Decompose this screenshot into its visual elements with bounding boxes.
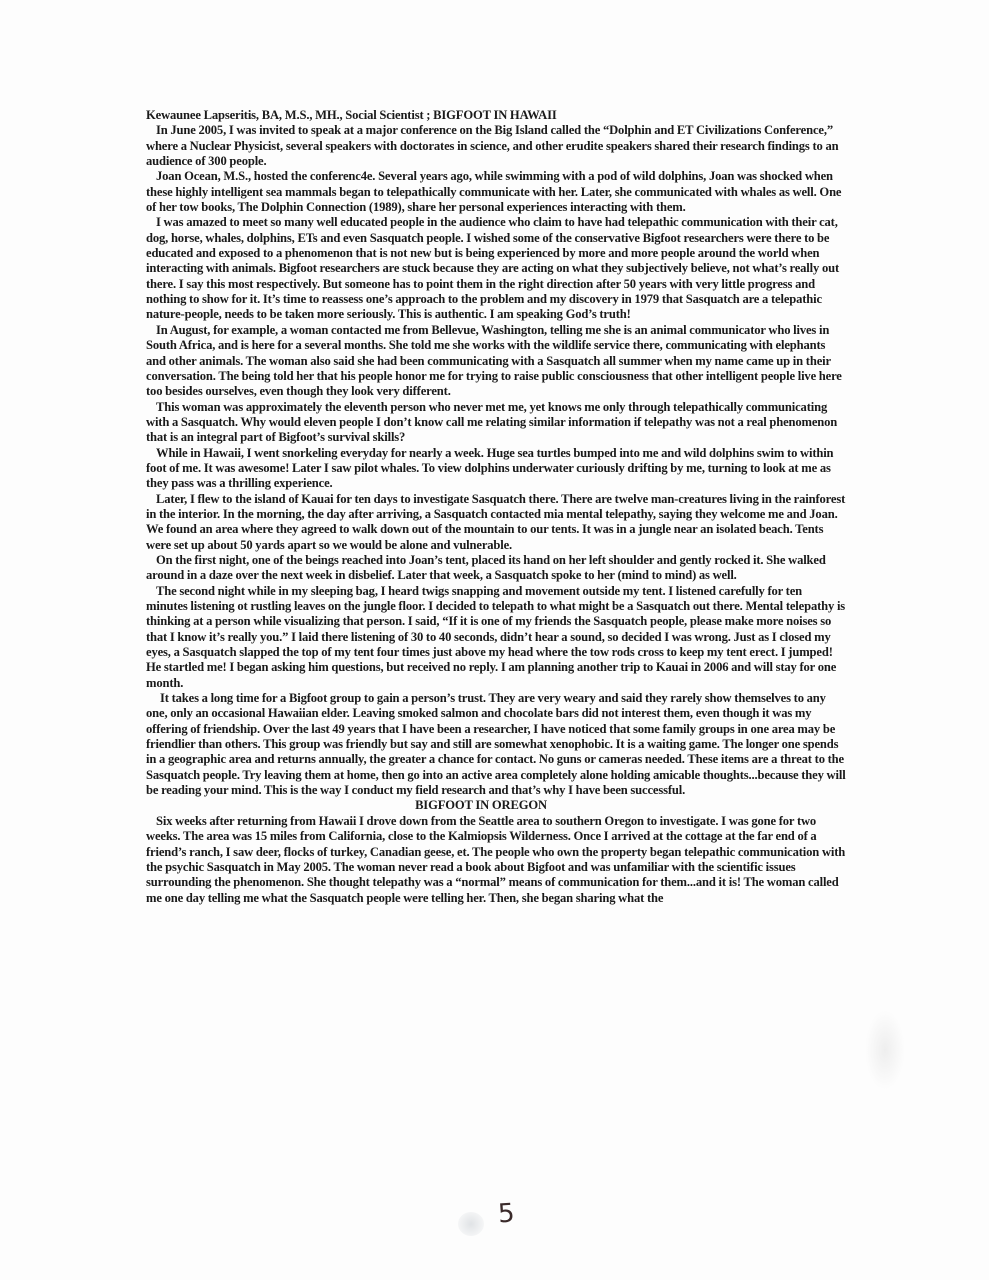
paragraph: On the first night, one of the beings re… (146, 553, 846, 584)
smudge-mark (458, 1212, 484, 1236)
section-bigfoot-in-oregon: BIGFOOT IN OREGON Six weeks after return… (146, 798, 846, 905)
handwritten-page-number: 5 (497, 1198, 516, 1229)
paragraph: Joan Ocean, M.S., hosted the conferenc4e… (146, 169, 846, 215)
paragraph: While in Hawaii, I went snorkeling every… (146, 446, 846, 492)
paragraph: Six weeks after returning from Hawaii I … (146, 814, 846, 906)
paragraph: In June 2005, I was invited to speak at … (146, 123, 846, 169)
paragraph: I was amazed to meet so many well educat… (146, 215, 846, 322)
paragraph: In August, for example, a woman contacte… (146, 323, 846, 400)
paragraph: Later, I flew to the island of Kauai for… (146, 492, 846, 553)
section-bigfoot-in-hawaii: In June 2005, I was invited to speak at … (146, 123, 846, 798)
bleed-through-figure (865, 1010, 905, 1090)
section-heading: BIGFOOT IN OREGON (146, 798, 846, 813)
document-header: Kewaunee Lapseritis, BA, M.S., MH., Soci… (146, 108, 846, 123)
paragraph: It takes a long time for a Bigfoot group… (146, 691, 846, 798)
paragraph: The second night while in my sleeping ba… (146, 584, 846, 691)
paragraph: This woman was approximately the elevent… (146, 400, 846, 446)
document-page: Kewaunee Lapseritis, BA, M.S., MH., Soci… (146, 108, 846, 906)
